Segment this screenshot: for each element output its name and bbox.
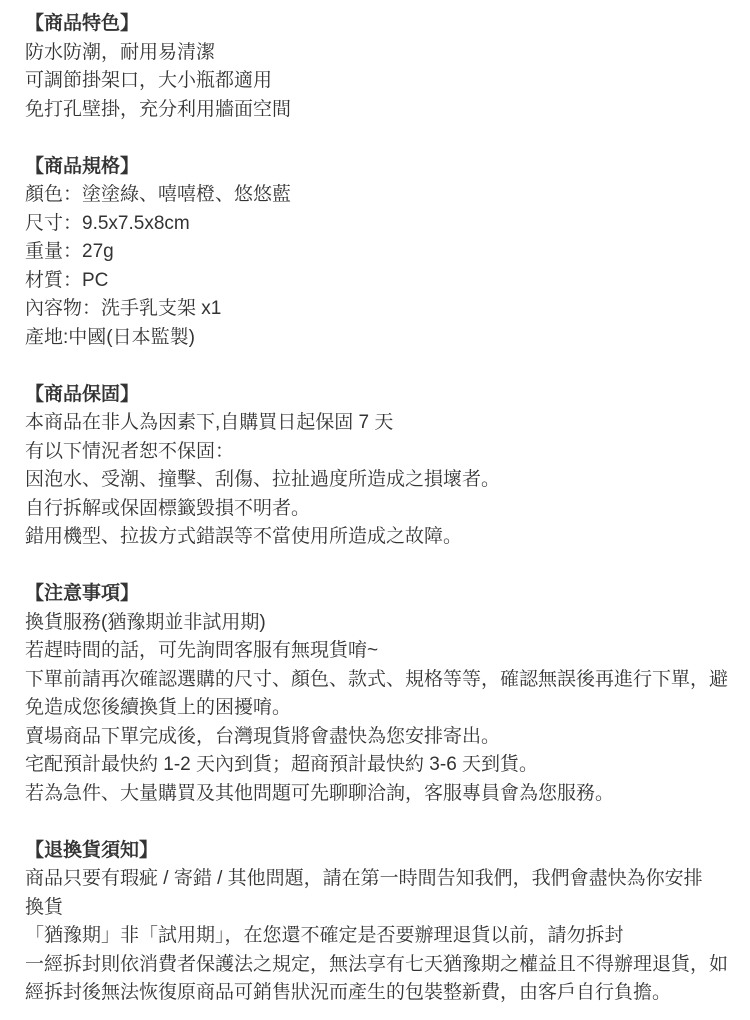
text-line: 經拆封後無法恢復原商品可銷售狀況而產生的包裝整新費，由客戶自行負擔。	[25, 979, 725, 1008]
section-product-specs: 【商品規格】 顏色：塗塗綠、嘻嘻橙、悠悠藍 尺寸：9.5x7.5x8cm 重量：…	[25, 153, 725, 353]
spec-origin: 產地:中國(日本監製)	[25, 324, 725, 353]
text-line: 有以下情況者恕不保固：	[25, 438, 725, 467]
spec-size: 尺寸：9.5x7.5x8cm	[25, 210, 725, 239]
spec-color: 顏色：塗塗綠、嘻嘻橙、悠悠藍	[25, 181, 725, 210]
spec-contents: 內容物：洗手乳支架 x1	[25, 295, 725, 324]
section-heading: 【商品特色】	[25, 10, 725, 39]
text-line: 若趕時間的話，可先詢問客服有無現貨唷~	[25, 637, 725, 666]
section-return-policy: 【退換貨須知】 商品只要有瑕疵 / 寄錯 / 其他問題，請在第一時間告知我們，我…	[25, 837, 725, 1008]
section-spacer	[25, 352, 725, 381]
text-line: 免打孔壁掛，充分利用牆面空間	[25, 96, 725, 125]
section-spacer	[25, 552, 725, 581]
text-line: 換貨	[25, 894, 725, 923]
section-spacer	[25, 808, 725, 837]
text-line: 本商品在非人為因素下,自購買日起保固 7 天	[25, 409, 725, 438]
section-heading: 【注意事項】	[25, 580, 725, 609]
text-line: 一經拆封則依消費者保護法之規定，無法享有七天猶豫期之權益且不得辦理退貨，如	[25, 951, 725, 980]
product-description-page: 【商品特色】 防水防潮，耐用易清潔 可調節掛架口，大小瓶都適用 免打孔壁掛，充分…	[0, 0, 750, 1020]
section-heading: 【商品保固】	[25, 381, 725, 410]
text-line: 錯用機型、拉拔方式錯誤等不當使用所造成之故障。	[25, 523, 725, 552]
text-line: 下單前請再次確認選購的尺寸、顏色、款式、規格等等，確認無誤後再進行下單，避	[25, 666, 725, 695]
text-line: 商品只要有瑕疵 / 寄錯 / 其他問題，請在第一時間告知我們，我們會盡快為你安排	[25, 865, 725, 894]
section-heading: 【退換貨須知】	[25, 837, 725, 866]
text-line: 自行拆解或保固標籤毀損不明者。	[25, 495, 725, 524]
section-product-features: 【商品特色】 防水防潮，耐用易清潔 可調節掛架口，大小瓶都適用 免打孔壁掛，充分…	[25, 10, 725, 124]
section-heading: 【商品規格】	[25, 153, 725, 182]
spec-weight: 重量：27g	[25, 238, 725, 267]
section-warranty: 【商品保固】 本商品在非人為因素下,自購買日起保固 7 天 有以下情況者恕不保固…	[25, 381, 725, 552]
text-line: 宅配預計最快約 1-2 天內到貨；超商預計最快約 3-6 天到貨。	[25, 751, 725, 780]
text-line: 免造成您後續換貨上的困擾唷。	[25, 694, 725, 723]
text-line: 可調節掛架口，大小瓶都適用	[25, 67, 725, 96]
text-line: 「猶豫期」非「試用期」，在您還不確定是否要辦理退貨以前，請勿拆封	[25, 922, 725, 951]
text-line: 防水防潮，耐用易清潔	[25, 39, 725, 68]
section-notes: 【注意事項】 換貨服務(猶豫期並非試用期) 若趕時間的話，可先詢問客服有無現貨唷…	[25, 580, 725, 808]
spec-material: 材質：PC	[25, 267, 725, 296]
text-line: 若為急件、大量購買及其他問題可先聊聊洽詢，客服專員會為您服務。	[25, 780, 725, 809]
text-line: 換貨服務(猶豫期並非試用期)	[25, 609, 725, 638]
text-line: 因泡水、受潮、撞擊、刮傷、拉扯過度所造成之損壞者。	[25, 466, 725, 495]
text-line: 賣場商品下單完成後，台灣現貨將會盡快為您安排寄出。	[25, 723, 725, 752]
section-spacer	[25, 124, 725, 153]
